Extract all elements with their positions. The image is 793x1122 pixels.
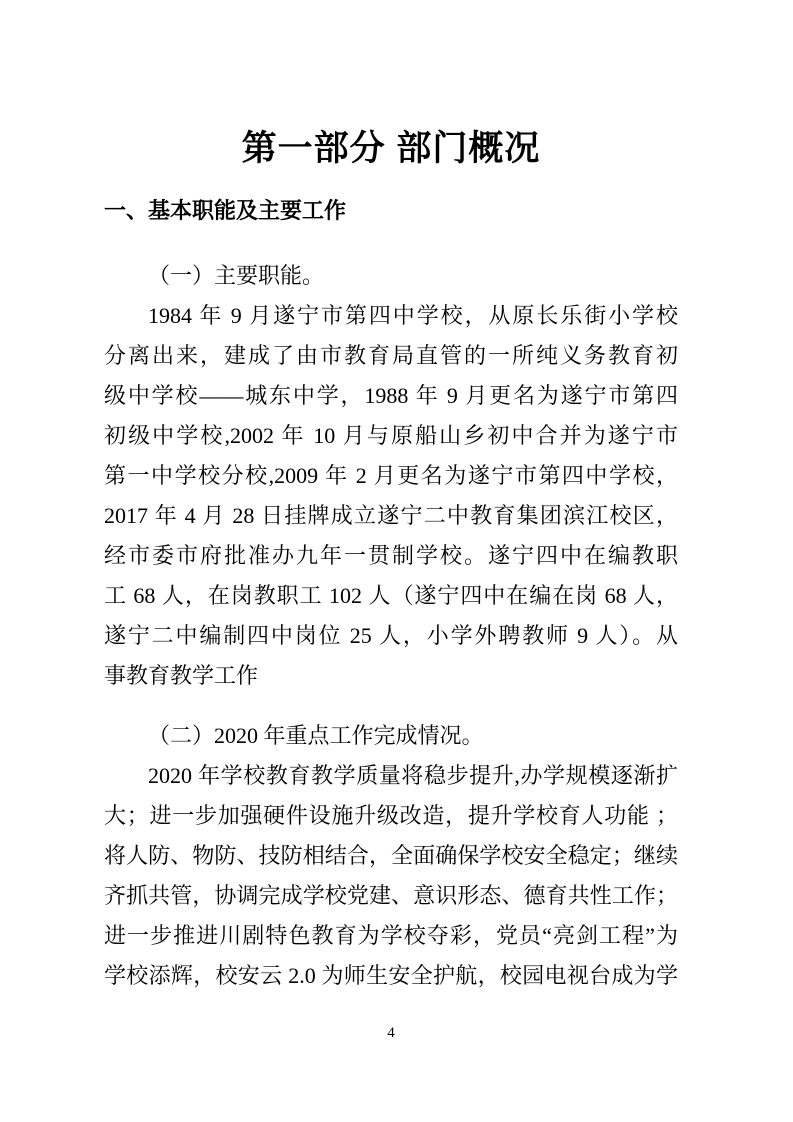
body-text-line: 进一步推进川剧特色教育为学校夺彩，党员“亮剑工程”为 (104, 916, 678, 956)
body-text-line: （一）主要职能。 (104, 256, 678, 296)
body-text-line: 2017 年 4 月 28 日挂牌成立遂宁二中教育集团滨江校区， (104, 496, 678, 536)
body-text-line: 将人防、物防、技防相结合，全面确保学校安全稳定；继续 (104, 836, 678, 876)
body-text-line: 工 68 人，在岗教职工 102 人（遂宁四中在编在岗 68 人， (104, 576, 678, 616)
body-text-line: 分离出来，建成了由市教育局直管的一所纯义务教育初 (104, 336, 678, 376)
body-text-line: 第一中学校分校,2009 年 2 月更名为遂宁市第四中学校， (104, 456, 678, 496)
body-text-line: 齐抓共管，协调完成学校党建、意识形态、德育共性工作； (104, 876, 678, 916)
document-page: 第一部分 部门概况 一、基本职能及主要工作 （一）主要职能。1984 年 9 月… (0, 0, 793, 1122)
body-text-line: 经市委市府批准办九年一贯制学校。遂宁四中在编教职 (104, 536, 678, 576)
body-text-line: 事教育教学工作 (104, 656, 678, 696)
body-text-line: 大；进一步加强硬件设施升级改造，提升学校育人功能 ； (104, 796, 678, 836)
body-text-line: 级中学校——城东中学，1988 年 9 月更名为遂宁市第四 (104, 376, 678, 416)
body-text-line: 学校添辉，校安云 2.0 为师生安全护航，校园电视台成为学 (104, 956, 678, 996)
body-text-line: 初级中学校,2002 年 10 月与原船山乡初中合并为遂宁市 (104, 416, 678, 456)
page-title: 第一部分 部门概况 (104, 126, 678, 172)
page-number: 4 (104, 1024, 678, 1042)
body-text: （一）主要职能。1984 年 9 月遂宁市第四中学校，从原长乐街小学校分离出来，… (104, 256, 678, 996)
body-text-line: 遂宁二中编制四中岗位 25 人，小学外聘教师 9 人）。从 (104, 616, 678, 656)
body-text-line: 1984 年 9 月遂宁市第四中学校，从原长乐街小学校 (104, 296, 678, 336)
body-text-line: （二）2020 年重点工作完成情况。 (104, 716, 678, 756)
body-text-line: 2020 年学校教育教学质量将稳步提升,办学规模逐渐扩 (104, 756, 678, 796)
page-content: 第一部分 部门概况 一、基本职能及主要工作 （一）主要职能。1984 年 9 月… (104, 0, 678, 996)
section-heading: 一、基本职能及主要工作 (104, 196, 678, 226)
